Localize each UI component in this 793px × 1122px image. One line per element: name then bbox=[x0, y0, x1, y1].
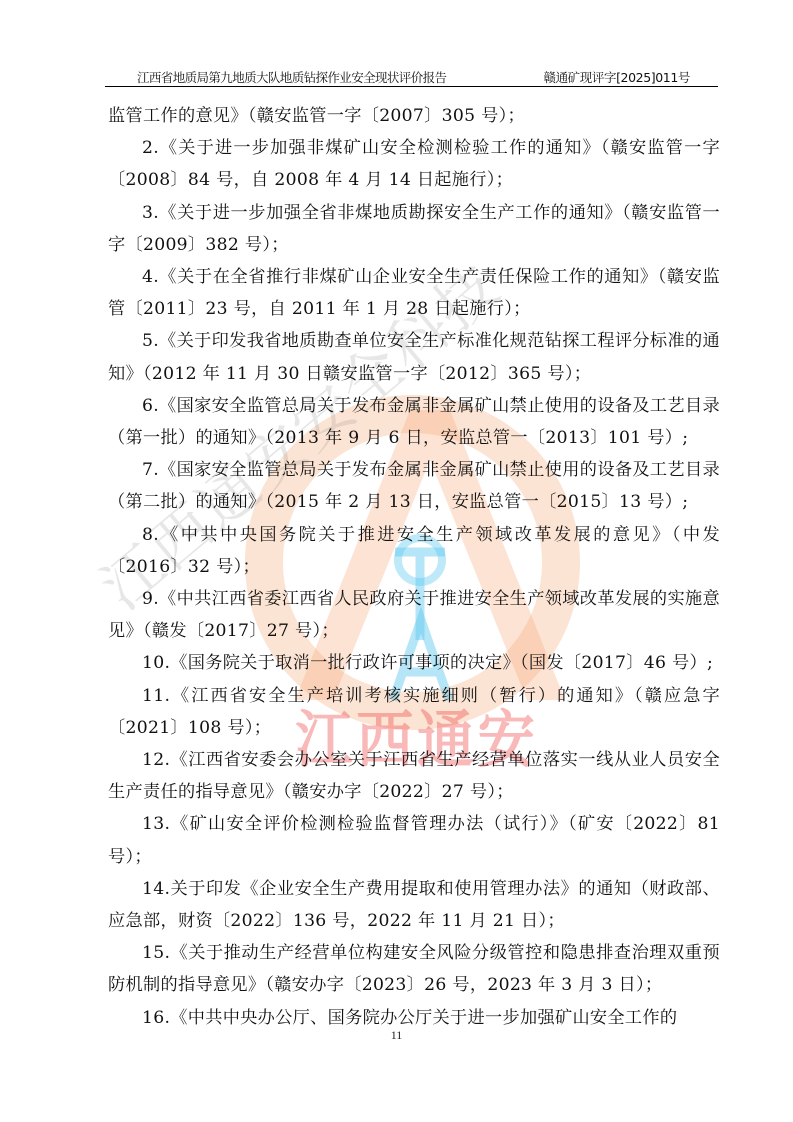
page-header: 江西省地质局第九地质大队地质钻探作业安全现状评价报告 赣通矿现评字[2025]0… bbox=[105, 66, 718, 87]
list-item: 16.《中共中央办公厅、国务院办公厅关于进一步加强矿山安全工作的 bbox=[108, 1002, 720, 1034]
list-item: 13.《矿山安全评价检测检验监督管理办法（试行）》（矿安〔2022〕81 号）； bbox=[108, 808, 720, 872]
paragraph-continuation: 监管工作的意见》（赣安监管一字〔2007〕305 号）； bbox=[108, 100, 720, 132]
list-item: 12.《江西省安委会办公室关于江西省生产经营单位落实一线从业人员安全生产责任的指… bbox=[108, 744, 720, 808]
list-item: 8.《中共中央国务院关于推进安全生产领域改革发展的意见》（中发〔2016〕32 … bbox=[108, 519, 720, 583]
document-body: 监管工作的意见》（赣安监管一字〔2007〕305 号）； 2.《关于进一步加强非… bbox=[108, 100, 720, 1034]
list-item: 4.《关于在全省推行非煤矿山企业安全生产责任保险工作的通知》（赣安监管〔2011… bbox=[108, 261, 720, 325]
list-item: 3.《关于进一步加强全省非煤地质勘探安全生产工作的通知》（赣安监管一字〔2009… bbox=[108, 197, 720, 261]
list-item: 9.《中共江西省委江西省人民政府关于推进安全生产领域改革发展的实施意见》（赣发〔… bbox=[108, 583, 720, 647]
report-code: 赣通矿现评字[2025]011号 bbox=[543, 68, 690, 86]
list-item: 5.《关于印发我省地质勘查单位安全生产标准化规范钻探工程评分标准的通知》（201… bbox=[108, 325, 720, 389]
list-item: 6.《国家安全监管总局关于发布金属非金属矿山禁止使用的设备及工艺目录（第一批）的… bbox=[108, 390, 720, 454]
list-item: 15.《关于推动生产经营单位构建安全风险分级管控和隐患排查治理双重预防机制的指导… bbox=[108, 937, 720, 1001]
list-item: 11.《江西省安全生产培训考核实施细则（暂行）的通知》（赣应急字〔2021〕10… bbox=[108, 680, 720, 744]
list-item: 10.《国务院关于取消一批行政许可事项的决定》（国发〔2017〕46 号）; bbox=[108, 647, 720, 679]
list-item: 2.《关于进一步加强非煤矿山安全检测检验工作的通知》（赣安监管一字〔2008〕8… bbox=[108, 132, 720, 196]
list-item: 7.《国家安全监管总局关于发布金属非金属矿山禁止使用的设备及工艺目录（第二批）的… bbox=[108, 454, 720, 518]
report-title: 江西省地质局第九地质大队地质钻探作业安全现状评价报告 bbox=[137, 68, 446, 86]
list-item: 14.关于印发《企业安全生产费用提取和使用管理办法》的通知（财政部、应急部，财资… bbox=[108, 873, 720, 937]
